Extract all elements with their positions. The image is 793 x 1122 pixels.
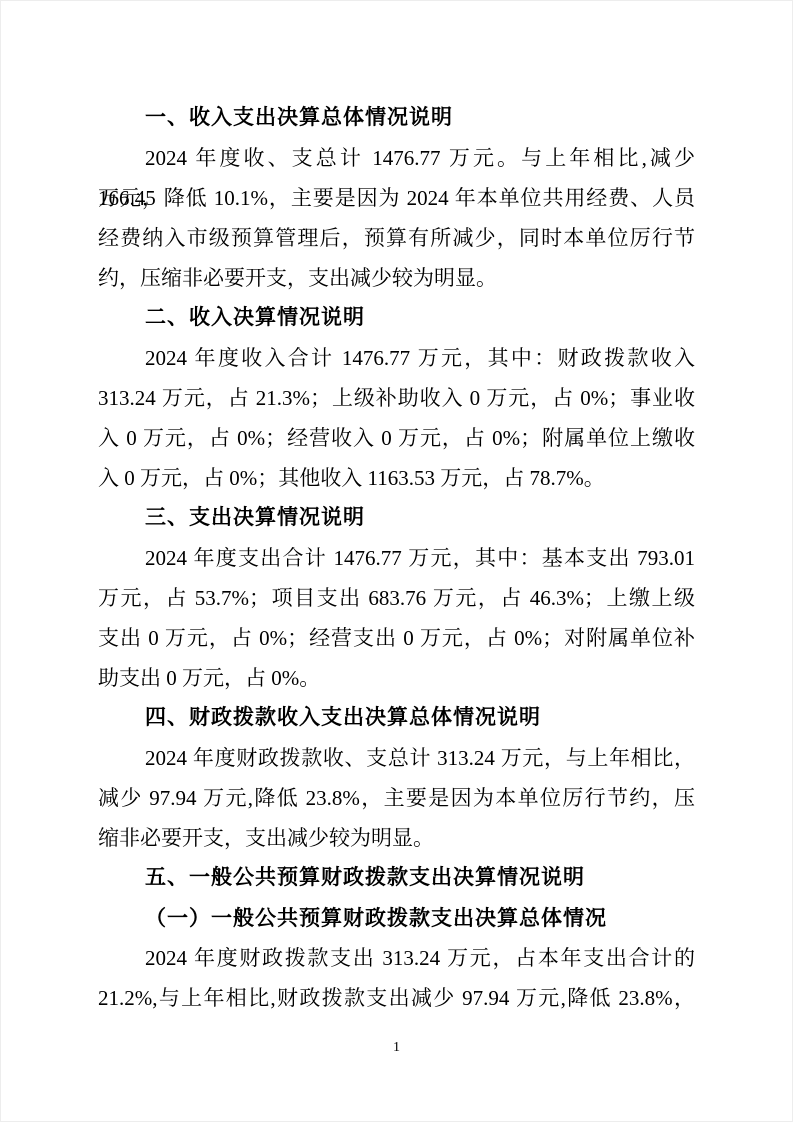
section-heading: 三、支出决算情况说明 [98, 498, 695, 538]
section-heading: 五、一般公共预算财政拨款支出决算情况说明 [98, 858, 695, 898]
sub-section-heading: （一）一般公共预算财政拨款支出决算总体情况 [98, 898, 695, 938]
paragraph-line: 经费纳入市级预算管理后，预算有所减少，同时本单位厉行节 [98, 218, 695, 258]
section-heading: 四、财政拨款收入支出决算总体情况说明 [98, 698, 695, 738]
paragraph-line: 2024 年度财政拨款支出 313.24 万元，占本年支出合计的 [98, 938, 695, 978]
paragraph-line: 助支出 0 万元，占 0%。 [98, 658, 695, 698]
page-number: 1 [0, 1034, 793, 1062]
paragraph-line: 2024 年度财政拨款收、支总计 313.24 万元，与上年相比， [98, 738, 695, 778]
paragraph-line: 21.2%,与上年相比,财政拨款支出减少 97.94 万元,降低 23.8%， [98, 978, 695, 1018]
section-heading: 一、收入支出决算总体情况说明 [98, 98, 695, 138]
paragraph-line: 2024 年度收入合计 1476.77 万元，其中：财政拨款收入 [98, 338, 695, 378]
paragraph-line: 支出 0 万元，占 0%；经营支出 0 万元，占 0%；对附属单位补 [98, 618, 695, 658]
paragraph-line: 2024 年度收、支总计 1476.77 万元。与上年相比,减少 166.45 [98, 138, 695, 178]
paragraph-line: 缩非必要开支，支出减少较为明显。 [98, 818, 695, 858]
paragraph-line: 减少 97.94 万元,降低 23.8%，主要是因为本单位厉行节约，压 [98, 778, 695, 818]
paragraph-line: 入 0 万元，占 0%；其他收入 1163.53 万元，占 78.7%。 [98, 458, 695, 498]
paragraph-line: 入 0 万元，占 0%；经营收入 0 万元，占 0%；附属单位上缴收 [98, 418, 695, 458]
document-body: 一、收入支出决算总体情况说明2024 年度收、支总计 1476.77 万元。与上… [98, 98, 695, 1018]
section-heading: 二、收入决算情况说明 [98, 298, 695, 338]
paragraph-line: 约，压缩非必要开支，支出减少较为明显。 [98, 258, 695, 298]
paragraph-line: 313.24 万元，占 21.3%；上级补助收入 0 万元，占 0%；事业收 [98, 378, 695, 418]
paragraph-line: 万元，降低 10.1%，主要是因为 2024 年本单位共用经费、人员 [98, 178, 695, 218]
paragraph-line: 2024 年度支出合计 1476.77 万元，其中：基本支出 793.01 [98, 538, 695, 578]
paragraph-line: 万元，占 53.7%；项目支出 683.76 万元，占 46.3%；上缴上级 [98, 578, 695, 618]
document-page: 一、收入支出决算总体情况说明2024 年度收、支总计 1476.77 万元。与上… [0, 0, 793, 1122]
